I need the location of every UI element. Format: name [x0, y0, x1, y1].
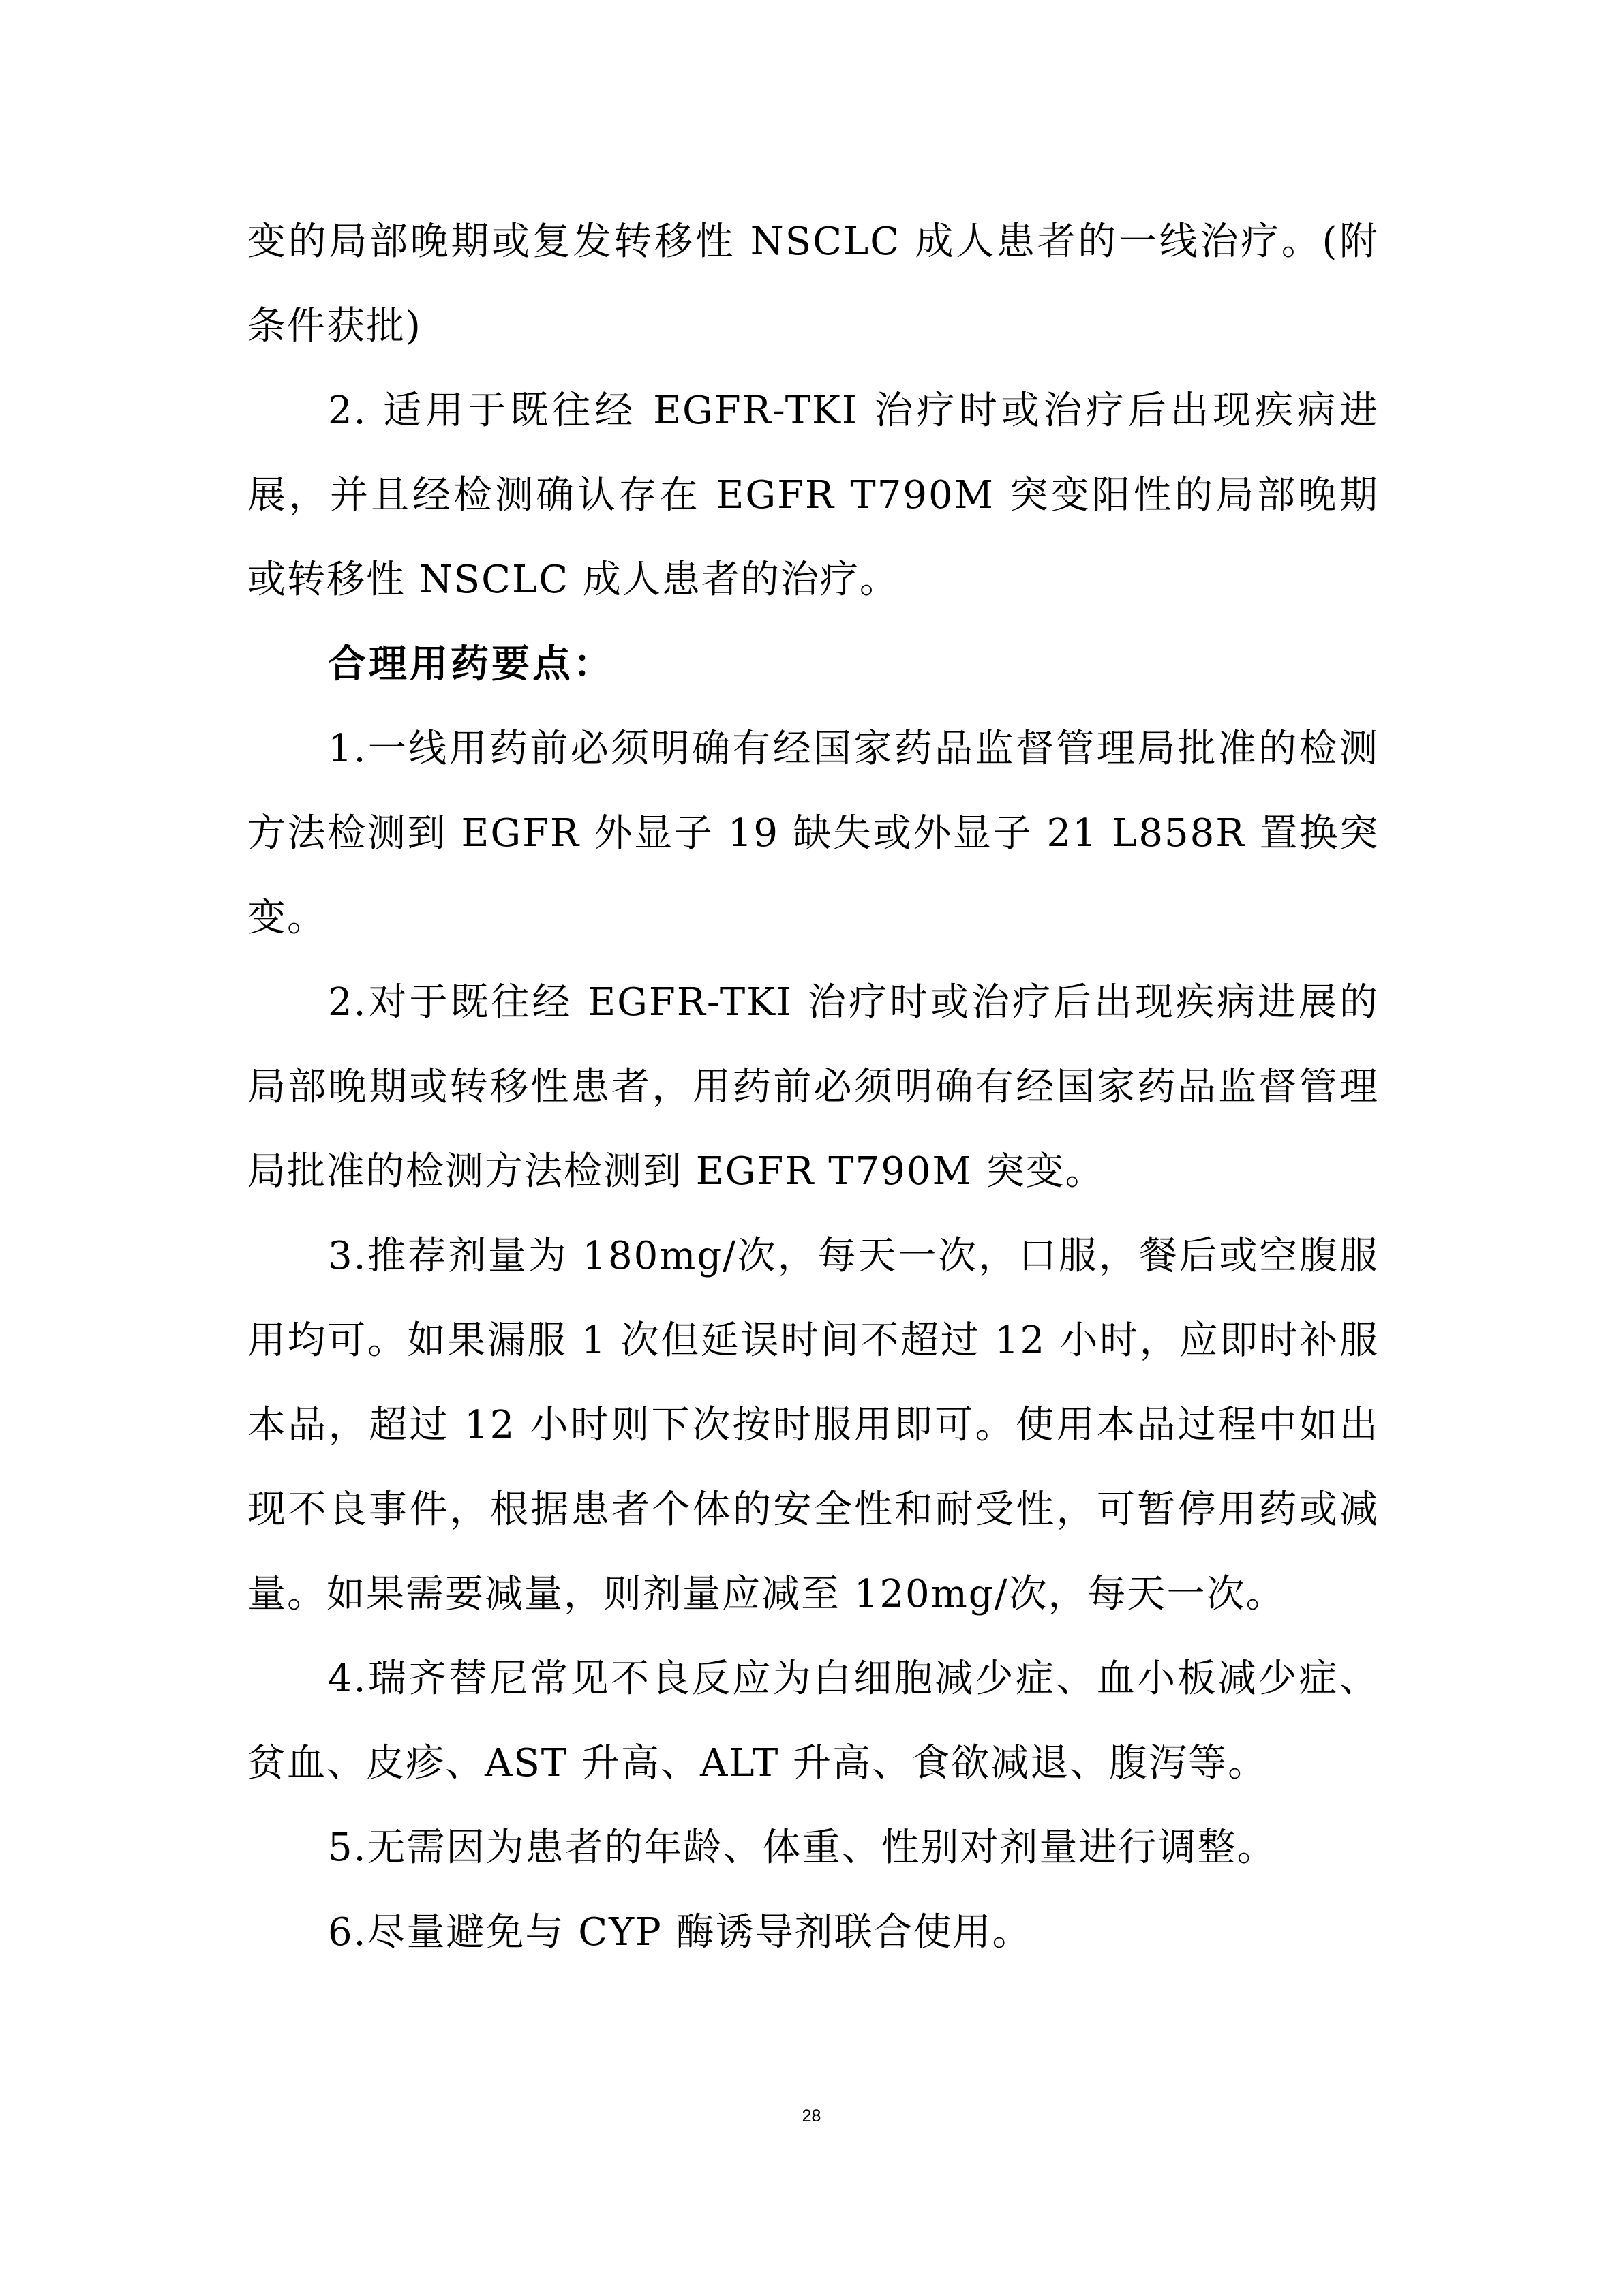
paragraph-indication-continuation: 变的局部晚期或复发转移性 NSCLC 成人患者的一线治疗。(附条件获批)	[247, 200, 1379, 369]
document-body: 变的局部晚期或复发转移性 NSCLC 成人患者的一线治疗。(附条件获批) 2. …	[247, 200, 1379, 1975]
point-number: 3.	[328, 1234, 367, 1278]
point-text: 推荐剂量为 180mg/次，每天一次，口服，餐后或空腹服用均可。如果漏服 1 次…	[247, 1234, 1379, 1616]
document-page: 变的局部晚期或复发转移性 NSCLC 成人患者的一线治疗。(附条件获批) 2. …	[0, 0, 1623, 2296]
point-3: 3.推荐剂量为 180mg/次，每天一次，口服，餐后或空腹服用均可。如果漏服 1…	[247, 1214, 1379, 1637]
point-number: 1.	[328, 727, 367, 771]
page-number: 28	[0, 2105, 1623, 2127]
point-number: 5.	[328, 1826, 367, 1870]
point-text: 一线用药前必须明确有经国家药品监督管理局批准的检测方法检测到 EGFR 外显子 …	[247, 727, 1379, 940]
point-text: 瑞齐替尼常见不良反应为白细胞减少症、血小板减少症、贫血、皮疹、AST 升高、AL…	[247, 1657, 1379, 1785]
point-number: 2.	[328, 980, 367, 1025]
paragraph-indication-2: 2. 适用于既往经 EGFR-TKI 治疗时或治疗后出现疾病进展，并且经检测确认…	[247, 369, 1379, 622]
point-2: 2.对于既往经 EGFR-TKI 治疗时或治疗后出现疾病进展的局部晚期或转移性患…	[247, 961, 1379, 1214]
point-number: 4.	[328, 1657, 367, 1701]
point-number: 6.	[328, 1910, 367, 1954]
point-4: 4.瑞齐替尼常见不良反应为白细胞减少症、血小板减少症、贫血、皮疹、AST 升高、…	[247, 1637, 1379, 1806]
section-heading: 合理用药要点：	[247, 622, 1379, 707]
point-6: 6.尽量避免与 CYP 酶诱导剂联合使用。	[247, 1890, 1379, 1975]
point-5: 5.无需因为患者的年龄、体重、性别对剂量进行调整。	[247, 1806, 1379, 1890]
point-text: 尽量避免与 CYP 酶诱导剂联合使用。	[367, 1910, 1031, 1954]
point-text: 无需因为患者的年龄、体重、性别对剂量进行调整。	[367, 1826, 1276, 1870]
point-text: 对于既往经 EGFR-TKI 治疗时或治疗后出现疾病进展的局部晚期或转移性患者，…	[247, 980, 1379, 1194]
point-1: 1.一线用药前必须明确有经国家药品监督管理局批准的检测方法检测到 EGFR 外显…	[247, 707, 1379, 961]
